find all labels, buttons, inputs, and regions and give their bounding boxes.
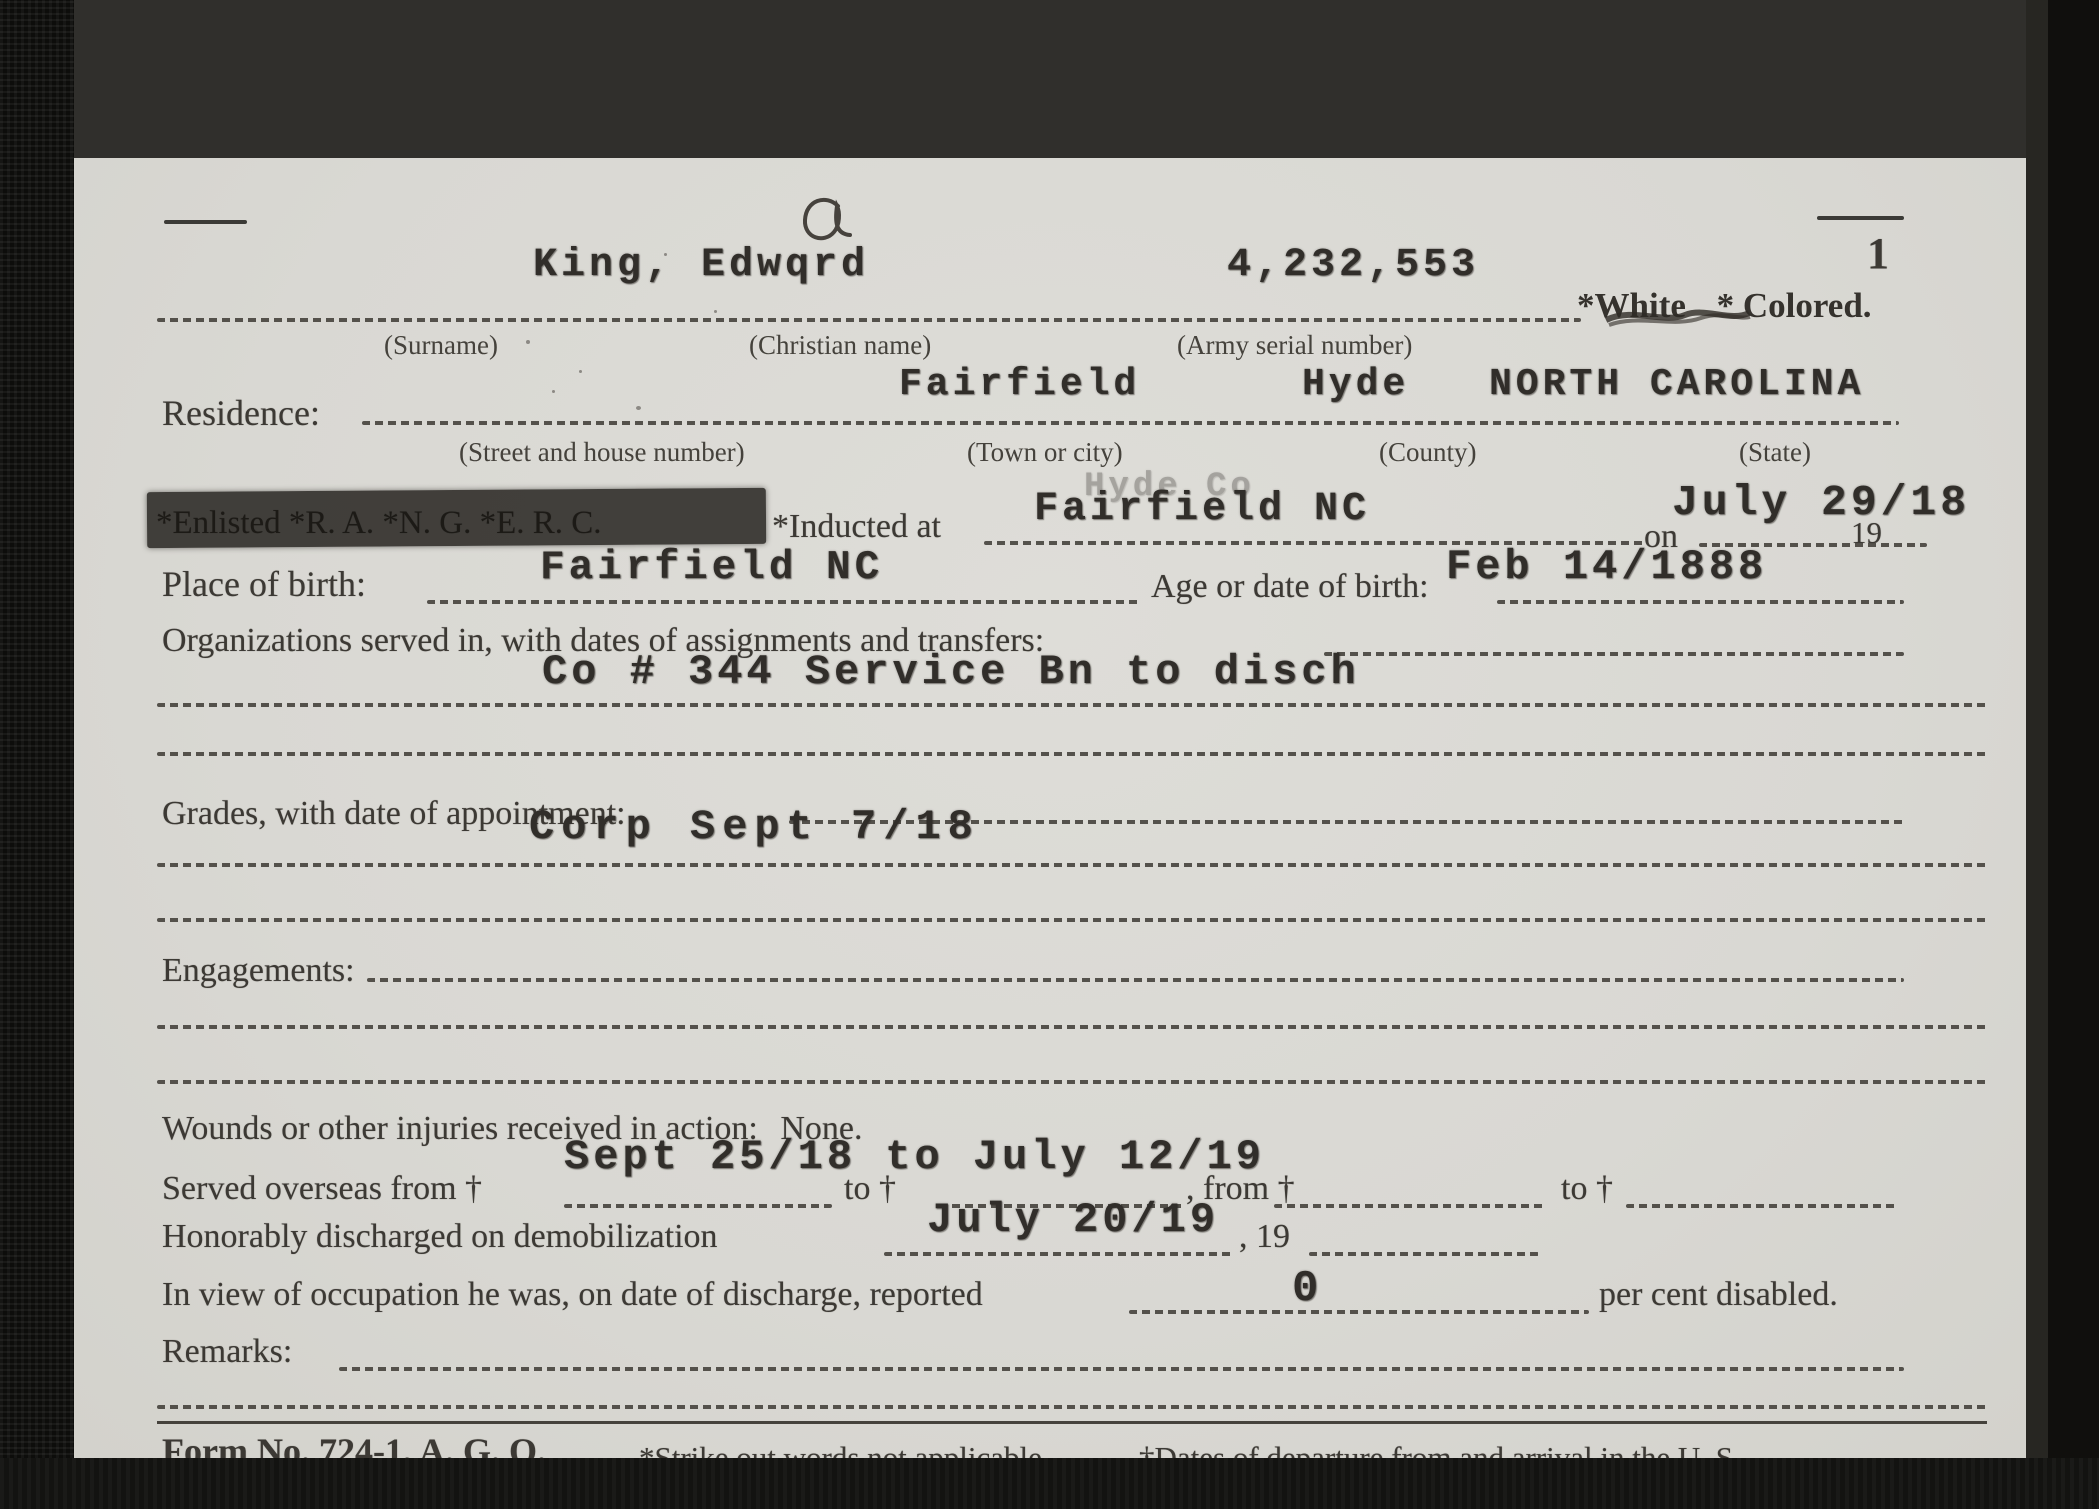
overseas-to-label-2: to † bbox=[1561, 1170, 1613, 1208]
overseas-rule-1 bbox=[564, 1204, 832, 1208]
paper-speckle bbox=[526, 340, 530, 344]
remarks-label: Remarks: bbox=[162, 1333, 292, 1371]
county-label: (County) bbox=[1379, 437, 1477, 468]
residence-state-value: NORTH CAROLINA bbox=[1489, 363, 1864, 406]
street-label: (Street and house number) bbox=[459, 437, 745, 468]
disability-rule bbox=[1129, 1310, 1589, 1314]
organizations-rule-2 bbox=[157, 703, 1987, 707]
state-label: (State) bbox=[1739, 437, 1811, 468]
place-of-birth-rule bbox=[427, 600, 1139, 604]
discharge-rule-2 bbox=[1309, 1252, 1539, 1256]
scan-top-band bbox=[74, 0, 2026, 158]
race-options: *White * Colored. bbox=[1577, 286, 1872, 326]
place-of-birth-typed-value: Fairfield NC bbox=[540, 545, 883, 591]
army-serial-label: (Army serial number) bbox=[1177, 330, 1412, 361]
footnote-dates: †Dates of departure from and arrival in … bbox=[1139, 1440, 1741, 1458]
age-or-dob-rule bbox=[1497, 600, 1904, 604]
paper-speckle bbox=[714, 310, 717, 313]
top-left-mark bbox=[164, 220, 247, 224]
form-number: Form No. 724-1, A. G. O. bbox=[162, 1430, 546, 1458]
residence-rule bbox=[362, 421, 1899, 425]
inducted-at-label: *Inducted at bbox=[772, 508, 941, 546]
engagements-rule-2 bbox=[157, 1025, 1987, 1029]
disability-percent-typed-value: 0 bbox=[1292, 1264, 1322, 1314]
overseas-from-label-1: Served overseas from † bbox=[162, 1170, 482, 1208]
engagements-label: Engagements: bbox=[162, 952, 355, 990]
grades-typed-value: Corp Sept 7/18 bbox=[529, 803, 980, 851]
christian-name-label: (Christian name) bbox=[749, 330, 931, 361]
scan-right-seam bbox=[2026, 0, 2048, 1509]
footer-dashed-rule bbox=[157, 1405, 1987, 1409]
paper-speckle bbox=[579, 370, 582, 373]
paper-speckle bbox=[636, 406, 641, 410]
footer-solid-rule bbox=[157, 1421, 1987, 1424]
serial-typed-value: 4,232,553 bbox=[1227, 243, 1479, 288]
discharge-rule-1 bbox=[884, 1252, 1234, 1256]
place-of-birth-label: Place of birth: bbox=[162, 563, 366, 605]
birth-date-typed-value: Feb 14/1888 bbox=[1446, 543, 1767, 591]
grades-rule-2 bbox=[157, 863, 1987, 867]
engagements-rule-3 bbox=[157, 1080, 1987, 1084]
remarks-rule bbox=[339, 1367, 1904, 1371]
handwritten-correction-a bbox=[792, 190, 874, 252]
induction-date-typed-value: July 29/18 bbox=[1672, 478, 1970, 527]
residence-label: Residence: bbox=[162, 392, 320, 434]
paper-speckle bbox=[552, 390, 555, 393]
age-or-dob-label: Age or date of birth: bbox=[1151, 568, 1429, 606]
disability-label: In view of occupation he was, on date of… bbox=[162, 1276, 983, 1314]
name-rule bbox=[157, 318, 1581, 322]
residence-county-value: Hyde bbox=[1302, 363, 1409, 406]
organizations-typed-value: Co # 344 Service Bn to disch bbox=[542, 648, 1360, 696]
overseas-rule-3 bbox=[1274, 1204, 1544, 1208]
overseas-typed-value: Sept 25/18 to July 12/19 bbox=[564, 1133, 1265, 1181]
residence-town-value: Fairfield bbox=[899, 363, 1140, 406]
page-number-rule bbox=[1817, 216, 1904, 220]
discharge-date-typed-value: July 20/19 bbox=[927, 1196, 1219, 1244]
strikeout-scribble bbox=[1603, 302, 1753, 332]
service-record-card: King, Edwqrd 4,232,553 1 *White * Colore… bbox=[74, 158, 2026, 1458]
redaction-bar bbox=[147, 488, 766, 548]
overseas-rule-4 bbox=[1626, 1204, 1896, 1208]
discharge-year-suffix: , 19 bbox=[1239, 1218, 1290, 1256]
percent-disabled-label: per cent disabled. bbox=[1599, 1276, 1838, 1314]
page-number: 1 bbox=[1867, 228, 1889, 279]
surname-label: (Surname) bbox=[384, 330, 498, 361]
organizations-rule-1 bbox=[1324, 652, 1904, 656]
scan-bottom-band bbox=[0, 1458, 2099, 1509]
discharge-label: Honorably discharged on demobilization bbox=[162, 1218, 718, 1256]
grades-rule-3 bbox=[157, 918, 1987, 922]
inducted-place-typed-value: Fairfield NC bbox=[1034, 487, 1370, 532]
scanned-document: King, Edwqrd 4,232,553 1 *White * Colore… bbox=[0, 0, 2099, 1509]
organizations-rule-3 bbox=[157, 752, 1987, 756]
scan-left-edge bbox=[0, 0, 74, 1509]
footnote-strike-out: *Strike out words not applicable. bbox=[639, 1440, 1050, 1458]
town-label: (Town or city) bbox=[967, 437, 1123, 468]
race-option-white: *White bbox=[1577, 286, 1695, 325]
engagements-rule-1 bbox=[367, 978, 1904, 982]
scan-right-edge bbox=[2048, 0, 2099, 1509]
